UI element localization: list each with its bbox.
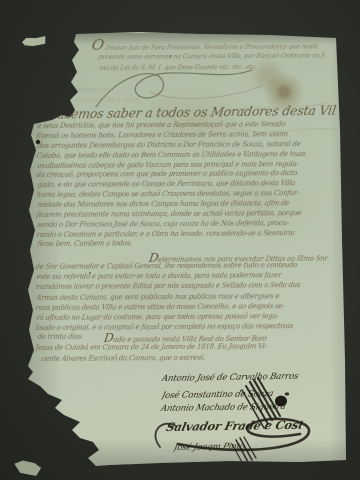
determination-line: rá afixado no Lugar do costume, para que… <box>36 312 342 322</box>
ghost-bleedthrough-line: avultadíssimas cabeças de gado Vaccum pa… <box>0 86 111 94</box>
paper-scrap-bottom-left <box>13 460 41 477</box>
body-line: e seus Destrictos, que nos foi prezente … <box>37 120 341 130</box>
determination-line: este sia referido e para evitar-se toda … <box>36 271 342 281</box>
signature-3: Antonio Machado de Siqueira <box>160 402 291 414</box>
determination-line: de Snr Governador e Capitaõ General, lhe… <box>35 261 342 271</box>
dateline: cente Alvares Escrivaõ da Camara, que o … <box>41 354 207 363</box>
body-line: fizeraõ os homens bons, Lavradores e Cri… <box>36 130 341 140</box>
body-line: sendo o Dor Francisco José de Souza, cuj… <box>37 219 341 229</box>
body-line: rando o Commum e particular, e a Obra ha… <box>36 229 341 239</box>
signature-4: Salvador Frade e Costa <box>165 418 304 434</box>
header-line: presente anno servimos na Camara desta V… <box>98 51 325 61</box>
paper-scrap-top-left <box>22 36 47 48</box>
signature-5: José Joaqm Pinto <box>173 441 274 453</box>
signature-2: José Constantino de Souza <box>161 389 289 401</box>
body-line: Cuiabá, que tendo elle dado ao Bem Commu… <box>36 150 341 160</box>
determination-line: mandámos lavrar o prezente Edital por nó… <box>35 281 342 291</box>
determination-line: de trinta dias. <box>37 333 100 341</box>
header-line: ma da Lei de S. M. I. que Deos Guarde et… <box>99 63 262 72</box>
body-line: ficou bem. Cumbem a todos. <box>37 239 158 248</box>
signature-1: Antonio José de Carvalho Barros <box>161 371 314 384</box>
body-line: gado, e do que corresponde ao Campo de P… <box>37 179 341 189</box>
determination-line: ruas publicas desta Villa e outros sitio… <box>35 302 342 312</box>
determination-line: Armas desta Camara, que será publicado n… <box>36 292 342 302</box>
photo-of-manuscript: avultadíssimas cabeças de gado Vaccum pa… <box>0 0 360 480</box>
dateline: Jesus de Cuiabá em Camara de 24 de Janei… <box>35 342 344 352</box>
body-line: dos arrogantes Dezembargos do Districto … <box>37 140 341 150</box>
body-line: midade dos Moradores nos dictos Campos h… <box>37 199 341 209</box>
body-line: ficarem precizamente numa vizinhança, do… <box>36 209 341 219</box>
body-line: huma legoa, destes Campos se achaõ Criaç… <box>36 189 341 199</box>
body-line: da creaçaõ, proporçoens com que pode pro… <box>36 169 341 179</box>
manuscript-paper: avultadíssimas cabeças de gado Vaccum pa… <box>0 0 360 480</box>
